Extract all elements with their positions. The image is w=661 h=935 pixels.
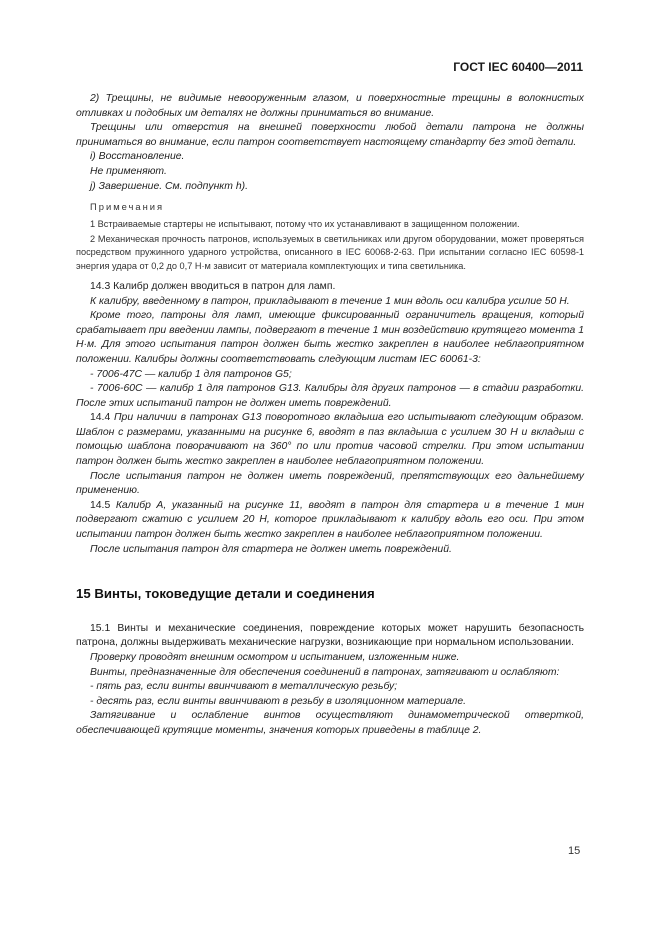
clause-15-1: 15.1 Винты и механические соединения, по…: [76, 622, 584, 651]
clause-14-3-title: 14.3 Калибр должен вводиться в патрон дл…: [76, 280, 584, 295]
paragraph-cracks: 2) Трещины, не видимые невооруженным гла…: [76, 92, 584, 121]
item-i-not-applied: Не применяют.: [76, 165, 584, 180]
page-number: 15: [568, 845, 580, 857]
document-id-header: ГОСТ IEC 60400—2011: [453, 60, 583, 74]
note-1: 1 Встраиваемые стартеры не испытывают, п…: [76, 218, 584, 231]
clause-14-4-number: 14.4: [90, 412, 110, 423]
item-i-restoration: i) Восстановление.: [76, 150, 584, 165]
clause-14-4-text: При наличии в патронах G13 поворотного в…: [76, 412, 584, 467]
clause-15-1-list-item: - пять раз, если винты ввинчивают в мета…: [76, 680, 584, 695]
clause-15-1-list-item: - десять раз, если винты ввинчивают в ре…: [76, 695, 584, 710]
clause-15-1-check: Проверку проводят внешним осмотром и исп…: [76, 651, 584, 666]
clause-14-5-number: 14.5: [90, 500, 110, 511]
item-j-completion: j) Завершение. См. подпункт h).: [76, 180, 584, 195]
clause-15-1-torque: Затягивание и ослабление винтов осуществ…: [76, 709, 584, 738]
clause-14-5-after: После испытания патрон для стартера не д…: [76, 543, 584, 558]
clause-14-5-text: Калибр А, указанный на рисунке 11, вводя…: [76, 500, 584, 540]
clause-15-1-screws: Винты, предназначенные для обеспечения с…: [76, 666, 584, 681]
clause-14-3-p2: Кроме того, патроны для ламп, имеющие фи…: [76, 309, 584, 367]
paragraph-holes: Трещины или отверстия на внешней поверхн…: [76, 121, 584, 150]
clause-14-4: 14.4 При наличии в патронах G13 поворотн…: [76, 411, 584, 469]
note-2: 2 Механическая прочность патронов, испол…: [76, 233, 584, 273]
clause-14-4-after: После испытания патрон не должен иметь п…: [76, 470, 584, 499]
clause-14-3-p1: К калибру, введенному в патрон, приклады…: [76, 295, 584, 310]
clause-14-5: 14.5 Калибр А, указанный на рисунке 11, …: [76, 499, 584, 543]
clause-14-3-list-item: - 7006-60C — калибр 1 для патронов G13. …: [76, 382, 584, 411]
clause-14-3-list-item: - 7006-47C — калибр 1 для патронов G5;: [76, 368, 584, 383]
notes-heading: Примечания: [76, 200, 584, 215]
section-15-title: 15 Винты, токоведущие детали и соединени…: [76, 587, 584, 602]
page-content: 2) Трещины, не видимые невооруженным гла…: [76, 92, 584, 739]
